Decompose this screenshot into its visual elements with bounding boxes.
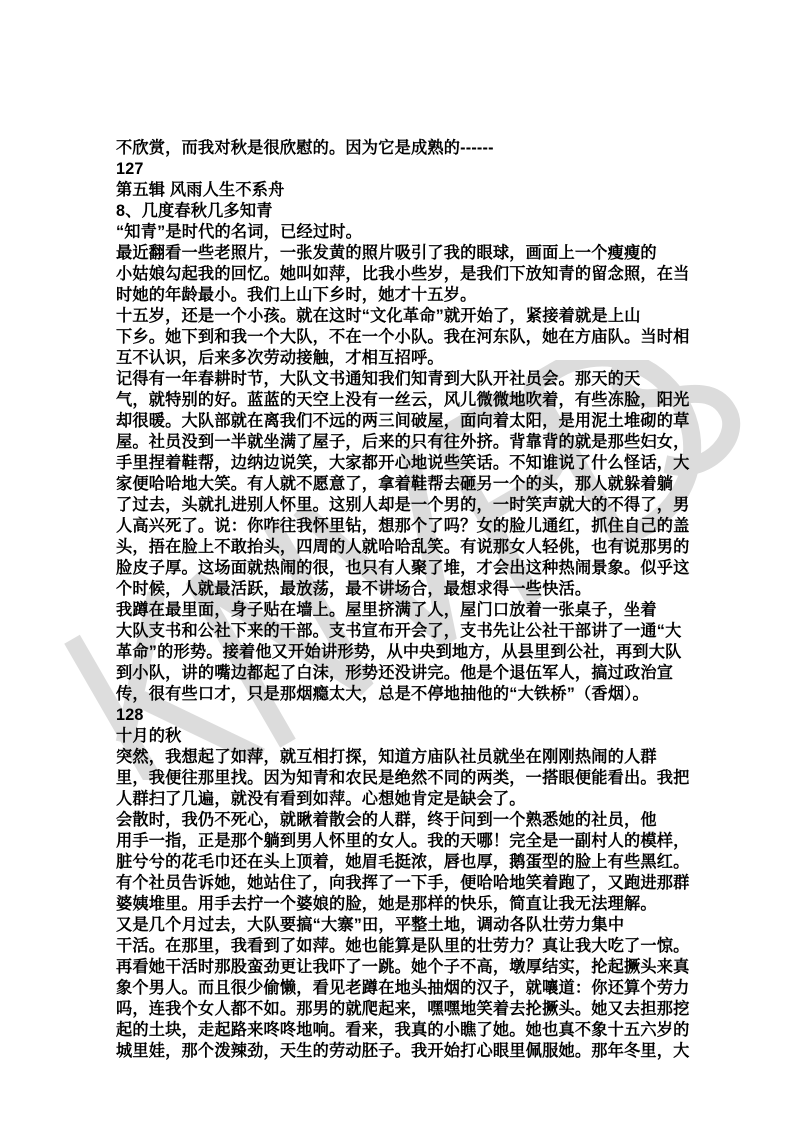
text-line: 脸皮子厚。这场面就热闹的很，也只有人聚了堆，才会出这种热闹景象。似乎这 <box>116 558 690 579</box>
text-line: 128 <box>116 705 690 726</box>
text-line: 手里捏着鞋帮，边纳边说笑，大家都开心地说些笑话。不知谁说了什么怪话，大 <box>116 453 690 474</box>
text-line: 我蹲在最里面，身子贴在墙上。屋里挤满了人，屋门口放着一张桌子，坐着 <box>116 600 690 621</box>
text-line: 头，捂在脸上不敢抬头，四周的人就哈哈乱笑。有说那女人轻佻，也有说那男的 <box>116 537 690 558</box>
document-page: 不欣赏，而我对秋是很欣慰的。因为它是成熟的------127第五辑 风雨人生不系… <box>0 0 793 1122</box>
text-line: 用手一指，正是那个躺到男人怀里的女人。我的天哪！完全是一副村人的模样， <box>116 831 690 852</box>
text-line: 吗，连我个女人都不如。那男的就爬起来，嘿嘿地笑着去抡撅头。她又去担那挖 <box>116 999 690 1020</box>
text-line: 又是几个月过去，大队要搞“大寨”田，平整土地，调动各队壮劳力集中 <box>116 915 690 936</box>
text-line: 人高兴死了。说：你咋往我怀里钻，想那个了吗？女的脸儿通红，抓住自己的盖 <box>116 516 690 537</box>
text-line: 时她的年龄最小。我们上山下乡时，她才十五岁。 <box>116 285 690 306</box>
text-line: 里，我便往那里找。因为知青和农民是绝然不同的两类，一搭眼便能看出。我把 <box>116 768 690 789</box>
text-line: 个时候，人就最活跃，最放荡，最不讲场合，最想求得一些快活。 <box>116 579 690 600</box>
text-line: 有个社员告诉她，她站住了，向我挥了一下手，便哈哈地笑着跑了，又跑进那群 <box>116 873 690 894</box>
text-line: 不欣赏，而我对秋是很欣慰的。因为它是成熟的------ <box>116 138 690 159</box>
text-line: 家便哈哈地大笑。有人就不愿意了，拿着鞋帮去砸另一个的头，那人就躲着躺 <box>116 474 690 495</box>
text-line: “知青”是时代的名词，已经过时。 <box>116 222 690 243</box>
text-line: 大队支书和公社下来的干部。支书宣布开会了，支书先让公社干部讲了一通“大 <box>116 621 690 642</box>
text-line: 十五岁，还是一个小孩。就在这时“文化革命”就开始了，紧接着就是上山 <box>116 306 690 327</box>
document-text: 不欣赏，而我对秋是很欣慰的。因为它是成熟的------127第五辑 风雨人生不系… <box>116 96 690 1104</box>
text-line: 屋。社员没到一半就坐满了屋子，后来的只有往外挤。背靠背的就是那些妇女， <box>116 432 690 453</box>
text-line: 却很暖。大队部就在离我们不远的两三间破屋，面向着太阳，是用泥土堆砌的草 <box>116 411 690 432</box>
text-lines: 不欣赏，而我对秋是很欣慰的。因为它是成熟的------127第五辑 风雨人生不系… <box>116 138 690 1062</box>
text-line: 十月的秋 <box>116 726 690 747</box>
text-line: 下乡。她下到和我一个大队，不在一个小队。我在河东队，她在方庙队。当时相 <box>116 327 690 348</box>
text-line: 起的土块，走起路来咚咚地响。看来，我真的小瞧了她。她也真不象十五六岁的 <box>116 1020 690 1041</box>
text-line: 象个男人。而且很少偷懒，看见老蹲在地头抽烟的汉子，就嚷道：你还算个劳力 <box>116 978 690 999</box>
text-line: 革命”的形势。接着他又开始讲形势，从中央到地方，从县里到公社，再到大队 <box>116 642 690 663</box>
text-line: 记得有一年春耕时节，大队文书通知我们知青到大队开社员会。那天的天 <box>116 369 690 390</box>
text-line: 城里娃，那个泼辣劲，天生的劳动胚子。我开始打心眼里佩服她。那年冬里，大 <box>116 1041 690 1062</box>
text-line: 第五辑 风雨人生不系舟 <box>116 180 690 201</box>
text-line: 脏兮兮的花毛巾还在头上顶着，她眉毛挺浓，唇也厚，鹅蛋型的脸上有些黑红。 <box>116 852 690 873</box>
text-line: 8、几度春秋几多知青 <box>116 201 690 222</box>
text-line: 会散时，我仍不死心，就瞅着散会的人群，终于问到一个熟悉她的社员，他 <box>116 810 690 831</box>
text-line: 小姑娘勾起我的回忆。她叫如萍，比我小些岁，是我们下放知青的留念照，在当 <box>116 264 690 285</box>
text-line: 突然，我想起了如萍，就互相打探，知道方庙队社员就坐在刚刚热闹的人群 <box>116 747 690 768</box>
text-line: 人群扫了几遍，就没有看到如萍。心想她肯定是缺会了。 <box>116 789 690 810</box>
text-line: 到小队，讲的嘴边都起了白沫，形势还没讲完。他是个退伍军人，搞过政治宣 <box>116 663 690 684</box>
text-line: 干活。在那里，我看到了如萍。她也能算是队里的壮劳力？真让我大吃了一惊。 <box>116 936 690 957</box>
text-line: 婆姨堆里。用手去拧一个婆娘的脸，她是那样的快乐，简直让我无法理解。 <box>116 894 690 915</box>
text-line: 了过去，头就扎进别人怀里。这别人却是一个男的，一时笑声就大的不得了，男 <box>116 495 690 516</box>
text-line: 最近翻看一些老照片，一张发黄的照片吸引了我的眼球，画面上一个瘦瘦的 <box>116 243 690 264</box>
text-line: 127 <box>116 159 690 180</box>
text-line: 气，就特别的好。蓝蓝的天空上没有一丝云，风儿微微地吹着，有些冻脸，阳光 <box>116 390 690 411</box>
text-line: 互不认识，后来多次劳动接触，才相互招呼。 <box>116 348 690 369</box>
text-line: 再看她干活时那股蛮劲更让我吓了一跳。她个子不高，墩厚结实，抡起撅头来真 <box>116 957 690 978</box>
text-line: 传，很有些口才，只是那烟瘾太大，总是不停地抽他的“大铁桥”（香烟）。 <box>116 684 690 705</box>
